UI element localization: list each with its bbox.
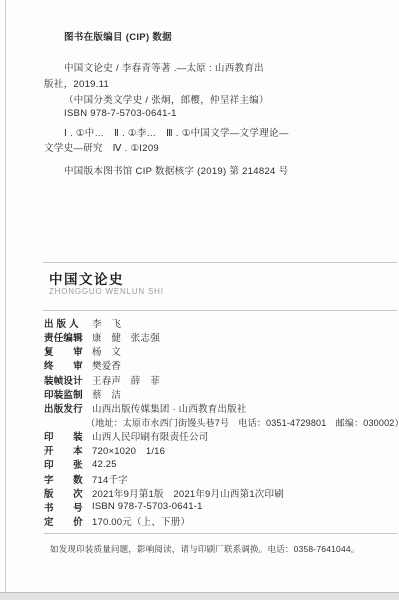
colophon-row-label: 责任编辑 bbox=[44, 330, 92, 344]
colophon-row-value: 山西出版传媒集团 · 山西教育出版社 bbox=[92, 401, 247, 415]
divider-middle bbox=[43, 310, 397, 311]
cip-header: 图书在版编目 (CIP) 数据 bbox=[64, 29, 172, 43]
colophon-row-value: （地址：太原市水西门街馒头巷7号 电话：0351-4729801 邮编：0300… bbox=[86, 416, 399, 429]
colophon-row-value: 王春声 薛 菲 bbox=[92, 373, 160, 387]
cip-classification-line1: Ⅰ . ①中… Ⅱ . ①李… Ⅲ . ①中国文学—文学理论— bbox=[64, 125, 289, 139]
colophon-row-designers: 装帧设计王春声 薛 菲 bbox=[44, 373, 394, 387]
cip-series-note: （中国分类文学史 / 张炯，郎樱，仲呈祥主编） bbox=[64, 92, 269, 106]
colophon-row-value: 李 飞 bbox=[92, 316, 121, 330]
colophon-row-book-number: 书 号ISBN 978-7-5703-0641-1 bbox=[44, 500, 394, 514]
colophon-row-value: ISBN 978-7-5703-0641-1 bbox=[92, 501, 203, 512]
colophon-row-publisher-address: （地址：太原市水西门街馒头巷7号 电话：0351-4729801 邮编：0300… bbox=[44, 415, 394, 429]
colophon: 出 版 人李 飞 责任编辑康 健 张志强 复 审杨 文 终 审樊爱香 装帧设计王… bbox=[44, 316, 394, 528]
colophon-row-publisher: 出版发行山西出版传媒集团 · 山西教育出版社 bbox=[44, 401, 394, 415]
colophon-row-value: 170.00元（上、下册） bbox=[92, 514, 190, 528]
colophon-row-label: 字 数 bbox=[44, 472, 92, 486]
colophon-row-value: 714千字 bbox=[92, 472, 128, 486]
colophon-row-value: 2021年9月第1版 2021年9月山西第1次印刷 bbox=[92, 486, 284, 500]
colophon-row-value: 康 健 张志强 bbox=[92, 330, 160, 344]
copyright-page: 图书在版编目 (CIP) 数据 中国文论史 / 李春青等著 .—太原 : 山西教… bbox=[0, 0, 399, 600]
colophon-row-label: 版 次 bbox=[44, 486, 92, 500]
colophon-row-label: 出 版 人 bbox=[44, 316, 92, 330]
colophon-row-label: 定 价 bbox=[44, 514, 92, 528]
colophon-row-format: 开 本720×1020 1/16 bbox=[44, 443, 394, 457]
colophon-row-print-supervisor: 印装监制蔡 洁 bbox=[44, 387, 394, 401]
colophon-row-final-reviewer: 终 审樊爱香 bbox=[44, 358, 394, 372]
colophon-row-value: 42.25 bbox=[92, 459, 117, 470]
colophon-row-value: 杨 文 bbox=[92, 344, 121, 358]
book-title: 中国文论史 bbox=[49, 268, 124, 288]
colophon-row-label: 印 装 bbox=[44, 429, 92, 443]
colophon-row-label: 终 审 bbox=[44, 358, 92, 372]
page-bottom-edge bbox=[0, 592, 399, 600]
colophon-row-edition: 版 次2021年9月第1版 2021年9月山西第1次印刷 bbox=[44, 486, 394, 500]
colophon-row-price: 定 价170.00元（上、下册） bbox=[44, 514, 394, 528]
colophon-row-value: 蔡 洁 bbox=[92, 387, 121, 401]
colophon-row-label: 印装监制 bbox=[44, 387, 92, 401]
divider-top bbox=[43, 262, 397, 263]
colophon-row-label: 开 本 bbox=[44, 443, 92, 457]
quality-notice: 如发现印装质量问题，影响阅读，请与印刷厂联系调换。电话：0358-7641044… bbox=[50, 543, 360, 555]
colophon-row-label: 出版发行 bbox=[44, 401, 92, 415]
cip-classification-line2: 文学史—研究 Ⅳ . ①I209 bbox=[44, 140, 159, 154]
divider-bottom bbox=[44, 533, 397, 534]
page-left-edge bbox=[5, 0, 6, 592]
cip-entry-line2: 版社，2019.11 bbox=[44, 76, 109, 90]
book-title-pinyin: ZHONGGUO WENLUN SHI bbox=[49, 287, 164, 296]
colophon-row-editors: 责任编辑康 健 张志强 bbox=[44, 330, 394, 344]
colophon-row-label: 复 审 bbox=[44, 344, 92, 358]
colophon-row-value: 樊爱香 bbox=[92, 358, 121, 372]
colophon-row-value: 720×1020 1/16 bbox=[92, 443, 165, 457]
cip-entry-line1: 中国文论史 / 李春青等著 .—太原 : 山西教育出 bbox=[64, 60, 264, 74]
colophon-row-word-count: 字 数714千字 bbox=[44, 472, 394, 486]
colophon-row-printing-company: 印 装山西人民印刷有限责任公司 bbox=[44, 429, 394, 443]
colophon-row-label: 书 号 bbox=[44, 500, 92, 514]
colophon-row-sheets: 印 张42.25 bbox=[44, 457, 394, 471]
colophon-row-publisher-person: 出 版 人李 飞 bbox=[44, 316, 394, 330]
cip-record-number: 中国版本图书馆 CIP 数据核字 (2019) 第 214824 号 bbox=[64, 163, 288, 177]
colophon-row-label: 装帧设计 bbox=[44, 373, 92, 387]
colophon-row-value: 山西人民印刷有限责任公司 bbox=[92, 429, 208, 443]
colophon-row-reviewer: 复 审杨 文 bbox=[44, 344, 394, 358]
colophon-row-label: 印 张 bbox=[44, 457, 92, 471]
cip-isbn: ISBN 978-7-5703-0641-1 bbox=[64, 108, 177, 119]
